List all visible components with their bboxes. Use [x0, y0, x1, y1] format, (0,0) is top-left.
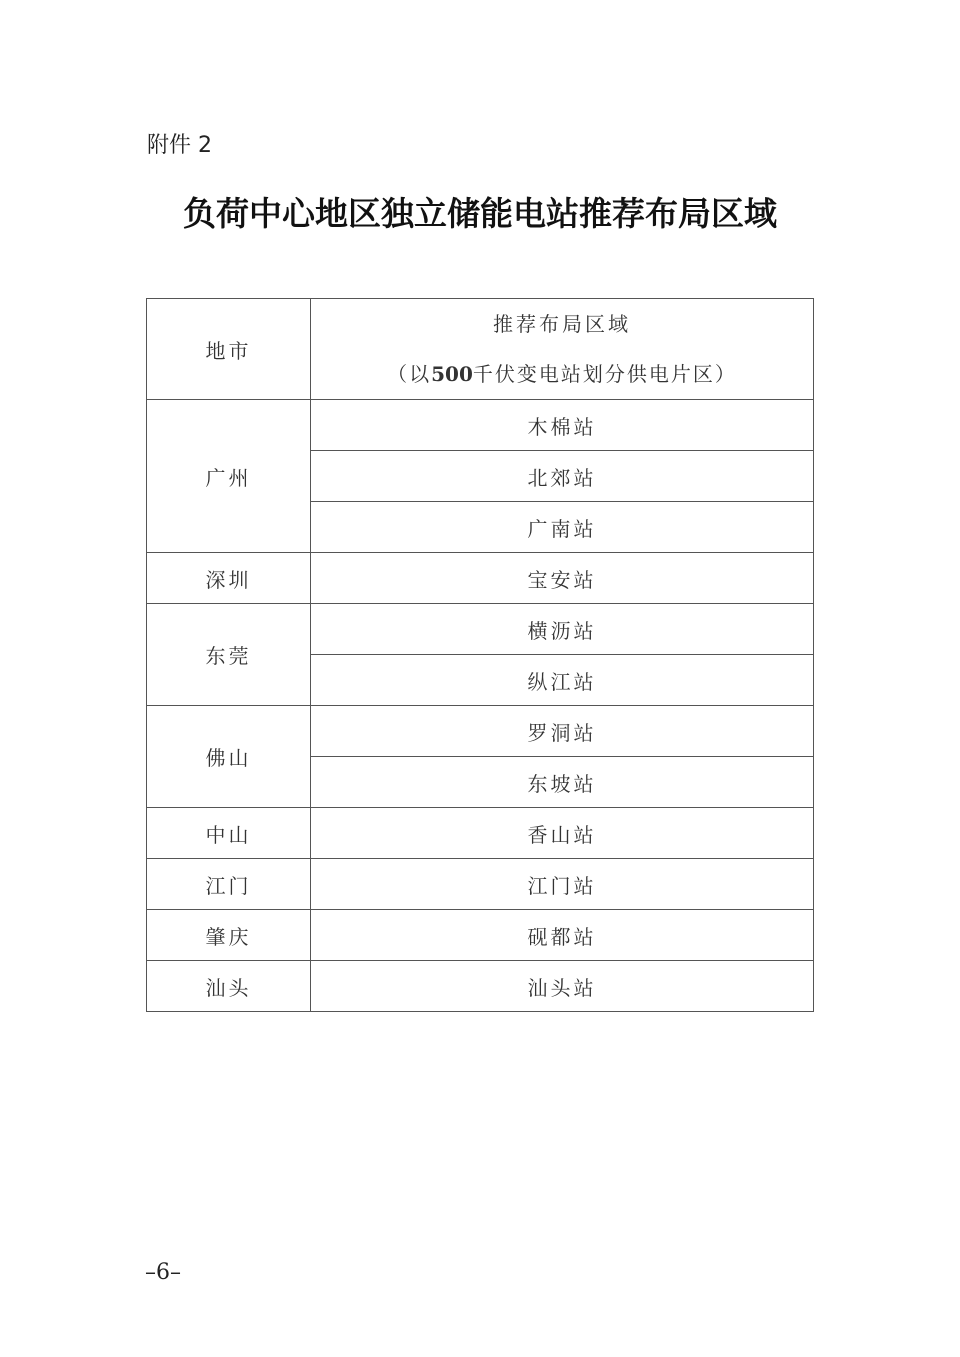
station-cell: 广南站 — [311, 502, 814, 553]
station-cell: 东坡站 — [311, 757, 814, 808]
station-layout-table: 地市 推荐布局区域 （以500千伏变电站划分供电片区） 广州 木棉站 北郊站 广… — [146, 298, 814, 1012]
header-region: 推荐布局区域 （以500千伏变电站划分供电片区） — [311, 299, 814, 400]
station-cell: 汕头站 — [311, 961, 814, 1012]
header-region-title: 推荐布局区域 — [311, 299, 813, 349]
table-row: 汕头 汕头站 — [147, 961, 814, 1012]
station-cell: 宝安站 — [311, 553, 814, 604]
station-cell: 江门站 — [311, 859, 814, 910]
header-region-note: （以500千伏变电站划分供电片区） — [311, 349, 813, 399]
station-cell: 罗洞站 — [311, 706, 814, 757]
station-cell: 北郊站 — [311, 451, 814, 502]
table-row: 肇庆 砚都站 — [147, 910, 814, 961]
city-cell: 广州 — [147, 400, 311, 553]
city-cell: 肇庆 — [147, 910, 311, 961]
table-row: 广州 木棉站 — [147, 400, 814, 451]
table-header-row: 地市 推荐布局区域 （以500千伏变电站划分供电片区） — [147, 299, 814, 400]
header-city: 地市 — [147, 299, 311, 400]
table-row: 深圳 宝安站 — [147, 553, 814, 604]
city-cell: 深圳 — [147, 553, 311, 604]
header-note-number: 500 — [431, 362, 473, 386]
page-number: –6– — [145, 1260, 181, 1285]
city-cell: 东莞 — [147, 604, 311, 706]
header-note-suffix: 千伏变电站划分供电片区） — [473, 362, 737, 386]
table-row: 江门 江门站 — [147, 859, 814, 910]
city-cell: 佛山 — [147, 706, 311, 808]
table-row: 东莞 横沥站 — [147, 604, 814, 655]
city-cell: 中山 — [147, 808, 311, 859]
station-cell: 香山站 — [311, 808, 814, 859]
header-note-prefix: （以 — [387, 362, 431, 386]
city-cell: 江门 — [147, 859, 311, 910]
station-cell: 木棉站 — [311, 400, 814, 451]
table-row: 中山 香山站 — [147, 808, 814, 859]
station-cell: 横沥站 — [311, 604, 814, 655]
document-title: 负荷中心地区独立储能电站推荐布局区域 — [0, 188, 960, 235]
station-cell: 纵江站 — [311, 655, 814, 706]
city-cell: 汕头 — [147, 961, 311, 1012]
table-row: 佛山 罗洞站 — [147, 706, 814, 757]
station-cell: 砚都站 — [311, 910, 814, 961]
attachment-label: 附件 2 — [147, 128, 212, 159]
